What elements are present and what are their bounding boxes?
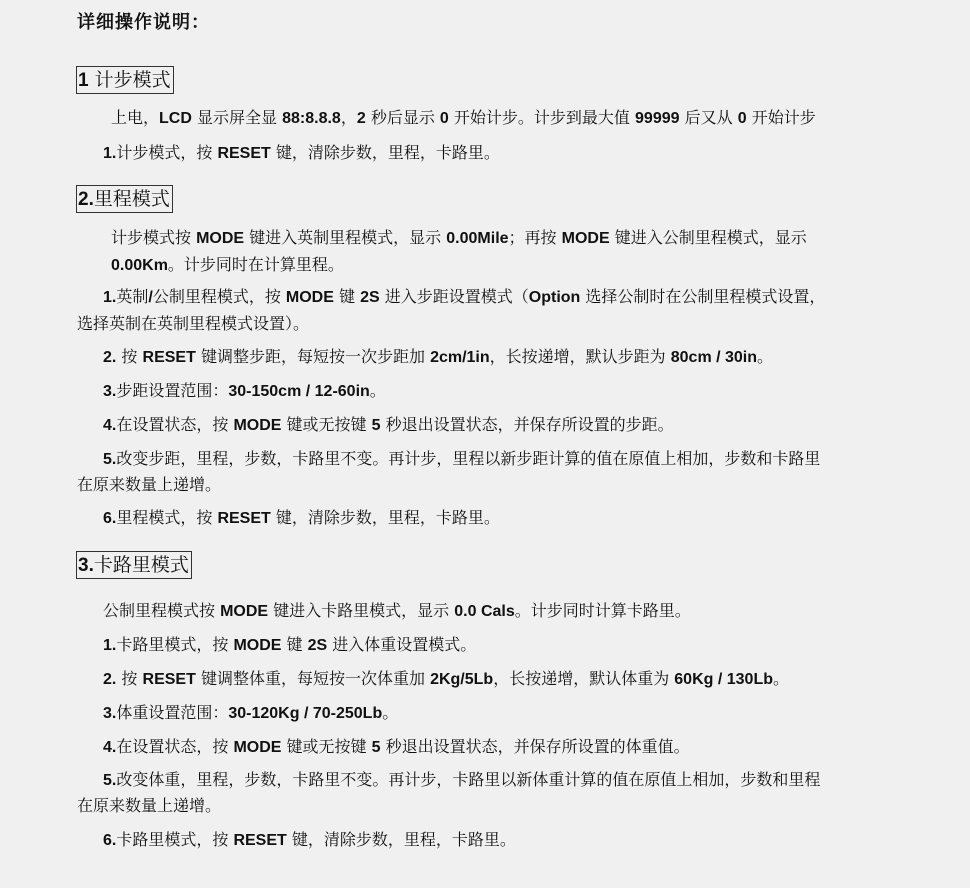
paragraph-distance-intro-cont: 0.00Km。计步同时在计算里程。	[111, 254, 344, 277]
text: 进入步距设置模式（	[380, 287, 529, 306]
bold-text: 2S	[308, 637, 328, 654]
section-heading-step-mode: 1 计步模式	[76, 66, 174, 94]
distance-item-4: 4.在设置状态，按 MODE 键或无按键 5 秒退出设置状态，并保存所设置的步距…	[103, 414, 674, 437]
text: 按	[116, 347, 142, 366]
page-title: 详细操作说明：	[77, 8, 210, 34]
text: 选择公制时在公制里程模式设置，	[580, 287, 825, 306]
text: 键	[334, 287, 360, 306]
calorie-item-5-cont: 在原来数量上递增。	[77, 795, 221, 817]
calorie-item-6: 6.卡路里模式，按 RESET 键，清除步数，里程，卡路里。	[103, 829, 516, 852]
text: 键，清除步数，里程，卡路里。	[287, 830, 516, 849]
bold-text: 30-150cm / 12-60in	[228, 383, 369, 400]
bold-text: RESET	[143, 671, 196, 688]
bold-text: 2Kg/5Lb	[430, 671, 493, 688]
bold-text: 3.	[103, 705, 116, 722]
text: 。	[773, 669, 789, 688]
calorie-item-3: 3.体重设置范围：30-120Kg / 70-250Lb。	[103, 702, 398, 725]
bold-text: 5	[372, 739, 381, 756]
bold-text: 0	[440, 110, 449, 127]
bold-text: 1	[78, 70, 89, 91]
calorie-item-2: 2. 按 RESET 键调整体重，每短按一次体重加 2Kg/5Lb，长按递增，默…	[103, 668, 789, 691]
text: 卡路里模式	[94, 554, 189, 576]
text: 开始计步	[747, 108, 816, 127]
text: 英制	[116, 287, 148, 306]
bold-text: MODE	[220, 603, 268, 620]
text: 在设置状态，按	[116, 737, 233, 756]
bold-text: RESET	[233, 832, 286, 849]
text: 。计步同时在计算里程。	[168, 255, 344, 274]
bold-text: MODE	[286, 289, 334, 306]
calorie-item-1: 1.卡路里模式，按 MODE 键 2S 进入体重设置模式。	[103, 634, 476, 657]
bold-text: 2.	[103, 349, 116, 366]
text: 键调整步距，每短按一次步距加	[196, 347, 430, 366]
bold-text: RESET	[217, 145, 270, 162]
bold-text: MODE	[233, 417, 281, 434]
text: 在设置状态，按	[116, 415, 233, 434]
bold-text: 0.0 Cals	[454, 603, 514, 620]
bold-text: 60Kg / 130Lb	[674, 671, 773, 688]
text: 计步模式按	[111, 228, 196, 247]
bold-text: MODE	[196, 230, 244, 247]
text: 在原来数量上递增。	[77, 475, 221, 494]
bold-text: 5	[372, 417, 381, 434]
text: ，长按递增，默认步距为	[490, 347, 671, 366]
text: ，	[341, 108, 357, 127]
text: 计步模式，按	[116, 143, 217, 162]
section-heading-distance-mode: 2.里程模式	[76, 185, 173, 213]
text: 卡路里模式，按	[116, 635, 233, 654]
text: 键或无按键	[281, 737, 371, 756]
bold-text: 5.	[103, 772, 116, 789]
paragraph-power-on: 上电，LCD 显示屏全显 88:8.8.8，2 秒后显示 0 开始计步。计步到最…	[111, 107, 816, 130]
text: 。	[382, 703, 398, 722]
text: 。计步同时计算卡路里。	[515, 601, 691, 620]
text: 键进入卡路里模式，显示	[268, 601, 454, 620]
bold-text: 0.00Mile	[446, 230, 508, 247]
text: 键进入公制里程模式，显示	[610, 228, 807, 247]
distance-item-1-cont: 选择英制在英制里程模式设置）。	[77, 313, 309, 335]
distance-item-3: 3.步距设置范围：30-150cm / 12-60in。	[103, 380, 386, 403]
text: 卡路里模式，按	[116, 830, 233, 849]
bold-text: 6.	[103, 832, 116, 849]
step-mode-item-1: 1.计步模式，按 RESET 键，清除步数，里程，卡路里。	[103, 142, 500, 165]
calorie-item-5: 5.改变体重，里程，步数，卡路里不变。再计步，卡路里以新体重计算的值在原值上相加…	[103, 769, 820, 792]
text: 进入体重设置模式。	[327, 635, 476, 654]
bold-text: 2S	[360, 289, 380, 306]
bold-text: LCD	[159, 110, 192, 127]
text: 改变体重，里程，步数，卡路里不变。再计步，卡路里以新体重计算的值在原值上相加，步…	[116, 770, 820, 789]
text: 键	[281, 635, 307, 654]
paragraph-calorie-intro: 公制里程模式按 MODE 键进入卡路里模式，显示 0.0 Cals。计步同时计算…	[103, 600, 691, 623]
text: 在原来数量上递增。	[77, 796, 221, 815]
bold-text: 1.	[103, 145, 116, 162]
bold-text: 1.	[103, 289, 116, 306]
text: 。	[370, 381, 386, 400]
text: 里程模式	[94, 188, 170, 210]
text: 里程模式，按	[116, 508, 217, 527]
text: 。	[757, 347, 773, 366]
bold-text: 0	[738, 110, 747, 127]
bold-text: MODE	[233, 637, 281, 654]
text: 公制里程模式按	[103, 601, 220, 620]
text: 按	[116, 669, 142, 688]
distance-item-6: 6.里程模式，按 RESET 键，清除步数，里程，卡路里。	[103, 507, 500, 530]
bold-text: 30-120Kg / 70-250Lb	[228, 705, 382, 722]
bold-text: 2cm/1in	[430, 349, 490, 366]
text: 后又从	[680, 108, 738, 127]
bold-text: 99999	[635, 110, 680, 127]
text: ；再按	[509, 228, 562, 247]
bold-text: 3.	[78, 555, 94, 576]
text: 开始计步。计步到最大值	[449, 108, 635, 127]
text: 公制里程模式，按	[153, 287, 286, 306]
text: 上电，	[111, 108, 159, 127]
bold-text: 1.	[103, 637, 116, 654]
bold-text: 4.	[103, 417, 116, 434]
bold-text: 2.	[78, 189, 94, 210]
text: 键进入英制里程模式，显示	[244, 228, 446, 247]
text: 秒退出设置状态，并保存所设置的步距。	[381, 415, 674, 434]
distance-item-2: 2. 按 RESET 键调整步距，每短按一次步距加 2cm/1in，长按递增，默…	[103, 346, 773, 369]
text: 计步模式	[89, 69, 171, 91]
text: ，长按递增，默认体重为	[493, 669, 674, 688]
bold-text: RESET	[143, 349, 196, 366]
distance-item-1: 1.英制/公制里程模式，按 MODE 键 2S 进入步距设置模式（Option …	[103, 286, 825, 309]
bold-text: 6.	[103, 510, 116, 527]
distance-item-5-cont: 在原来数量上递增。	[77, 474, 221, 496]
bold-text: 5.	[103, 451, 116, 468]
bold-text: 4.	[103, 739, 116, 756]
bold-text: RESET	[217, 510, 270, 527]
text: 体重设置范围：	[116, 703, 228, 722]
bold-text: 2.	[103, 671, 116, 688]
bold-text: 88:8.8.8	[282, 110, 341, 127]
bold-text: Option	[529, 289, 581, 306]
text: 键，清除步数，里程，卡路里。	[271, 143, 500, 162]
bold-text: 2	[357, 110, 366, 127]
text: 选择英制在英制里程模式设置）。	[77, 314, 309, 333]
text: 键调整体重，每短按一次体重加	[196, 669, 430, 688]
distance-item-5: 5.改变步距，里程，步数，卡路里不变。再计步，里程以新步距计算的值在原值上相加，…	[103, 448, 820, 471]
text: 显示屏全显	[192, 108, 282, 127]
text: 步距设置范围：	[116, 381, 228, 400]
text: 秒退出设置状态，并保存所设置的体重值。	[381, 737, 690, 756]
text: 键，清除步数，里程，卡路里。	[271, 508, 500, 527]
paragraph-distance-intro: 计步模式按 MODE 键进入英制里程模式，显示 0.00Mile；再按 MODE…	[111, 227, 807, 250]
text: 改变步距，里程，步数，卡路里不变。再计步，里程以新步距计算的值在原值上相加，步数…	[116, 449, 820, 468]
bold-text: MODE	[562, 230, 610, 247]
text: 秒后显示	[366, 108, 440, 127]
bold-text: 0.00Km	[111, 257, 168, 274]
text: 键或无按键	[281, 415, 371, 434]
bold-text: MODE	[233, 739, 281, 756]
bold-text: 80cm / 30in	[671, 349, 757, 366]
section-heading-calorie-mode: 3.卡路里模式	[76, 551, 192, 579]
calorie-item-4: 4.在设置状态，按 MODE 键或无按键 5 秒退出设置状态，并保存所设置的体重…	[103, 736, 690, 759]
bold-text: 3.	[103, 383, 116, 400]
